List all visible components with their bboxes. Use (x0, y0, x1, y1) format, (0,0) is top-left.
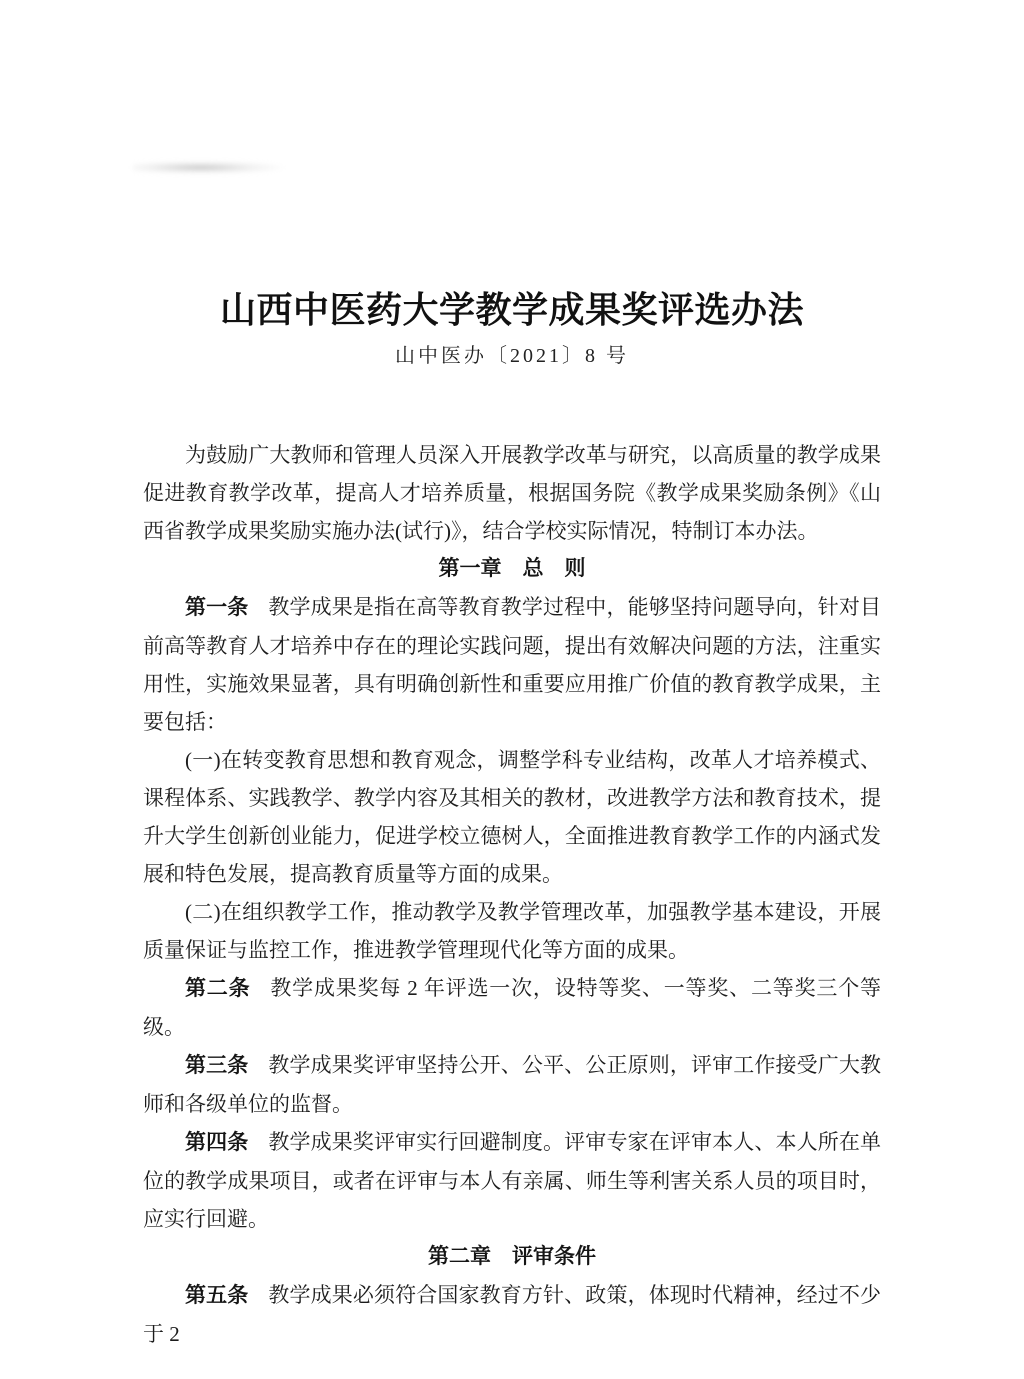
article-2-label: 第二条 (185, 977, 250, 1000)
doc-number: 山中医办〔2021〕8 号 (0, 339, 1024, 368)
article-4-label: 第四条 (185, 1131, 248, 1154)
article-3-label: 第三条 (185, 1054, 248, 1077)
article-2-text: 教学成果奖每 2 年评选一次，设特等奖、一等奖、二等奖三个等级。 (143, 976, 881, 1039)
article-3: 第三条教学成果奖评审坚持公开、公平、公正原则，评审工作接受广大教师和各级单位的监… (143, 1046, 881, 1123)
chapter-1-heading: 第一章 总 则 (143, 550, 881, 588)
scan-smudge-artifact (133, 161, 283, 174)
article-5-label: 第五条 (185, 1284, 248, 1307)
article-1-label: 第一条 (185, 596, 248, 619)
article-5-text: 教学成果必须符合国家教育方针、政策，体现时代精神，经过不少于 2 (143, 1283, 881, 1346)
article-1: 第一条教学成果是指在高等教育教学过程中，能够坚持问题导向，针对目前高等教育人才培… (143, 588, 881, 741)
article-5: 第五条教学成果必须符合国家教育方针、政策，体现时代精神，经过不少于 2 (143, 1276, 881, 1353)
page-title: 山西中医药大学教学成果奖评选办法 (0, 282, 1024, 333)
article-3-text: 教学成果奖评审坚持公开、公平、公正原则，评审工作接受广大教师和各级单位的监督。 (143, 1053, 881, 1116)
document-page: 山西中医药大学教学成果奖评选办法 山中医办〔2021〕8 号 为鼓励广大教师和管… (0, 0, 1024, 1379)
article-4-text: 教学成果奖评审实行回避制度。评审专家在评审本人、本人所在单位的教学成果项目，或者… (143, 1130, 881, 1231)
article-1-text: 教学成果是指在高等教育教学过程中，能够坚持问题导向，针对目前高等教育人才培养中存… (143, 595, 881, 734)
clause-1: (一)在转变教育思想和教育观念，调整学科专业结构，改革人才培养模式、课程体系、实… (143, 741, 881, 893)
article-2: 第二条教学成果奖每 2 年评选一次，设特等奖、一等奖、二等奖三个等级。 (143, 969, 881, 1046)
document-body: 为鼓励广大教师和管理人员深入开展教学改革与研究，以高质量的教学成果促进教育教学改… (143, 436, 881, 1353)
intro-paragraph: 为鼓励广大教师和管理人员深入开展教学改革与研究，以高质量的教学成果促进教育教学改… (143, 436, 881, 550)
chapter-2-heading: 第二章 评审条件 (143, 1238, 881, 1276)
article-4: 第四条教学成果奖评审实行回避制度。评审专家在评审本人、本人所在单位的教学成果项目… (143, 1123, 881, 1238)
clause-2: (二)在组织教学工作，推动教学及教学管理改革，加强教学基本建设，开展质量保证与监… (143, 893, 881, 969)
